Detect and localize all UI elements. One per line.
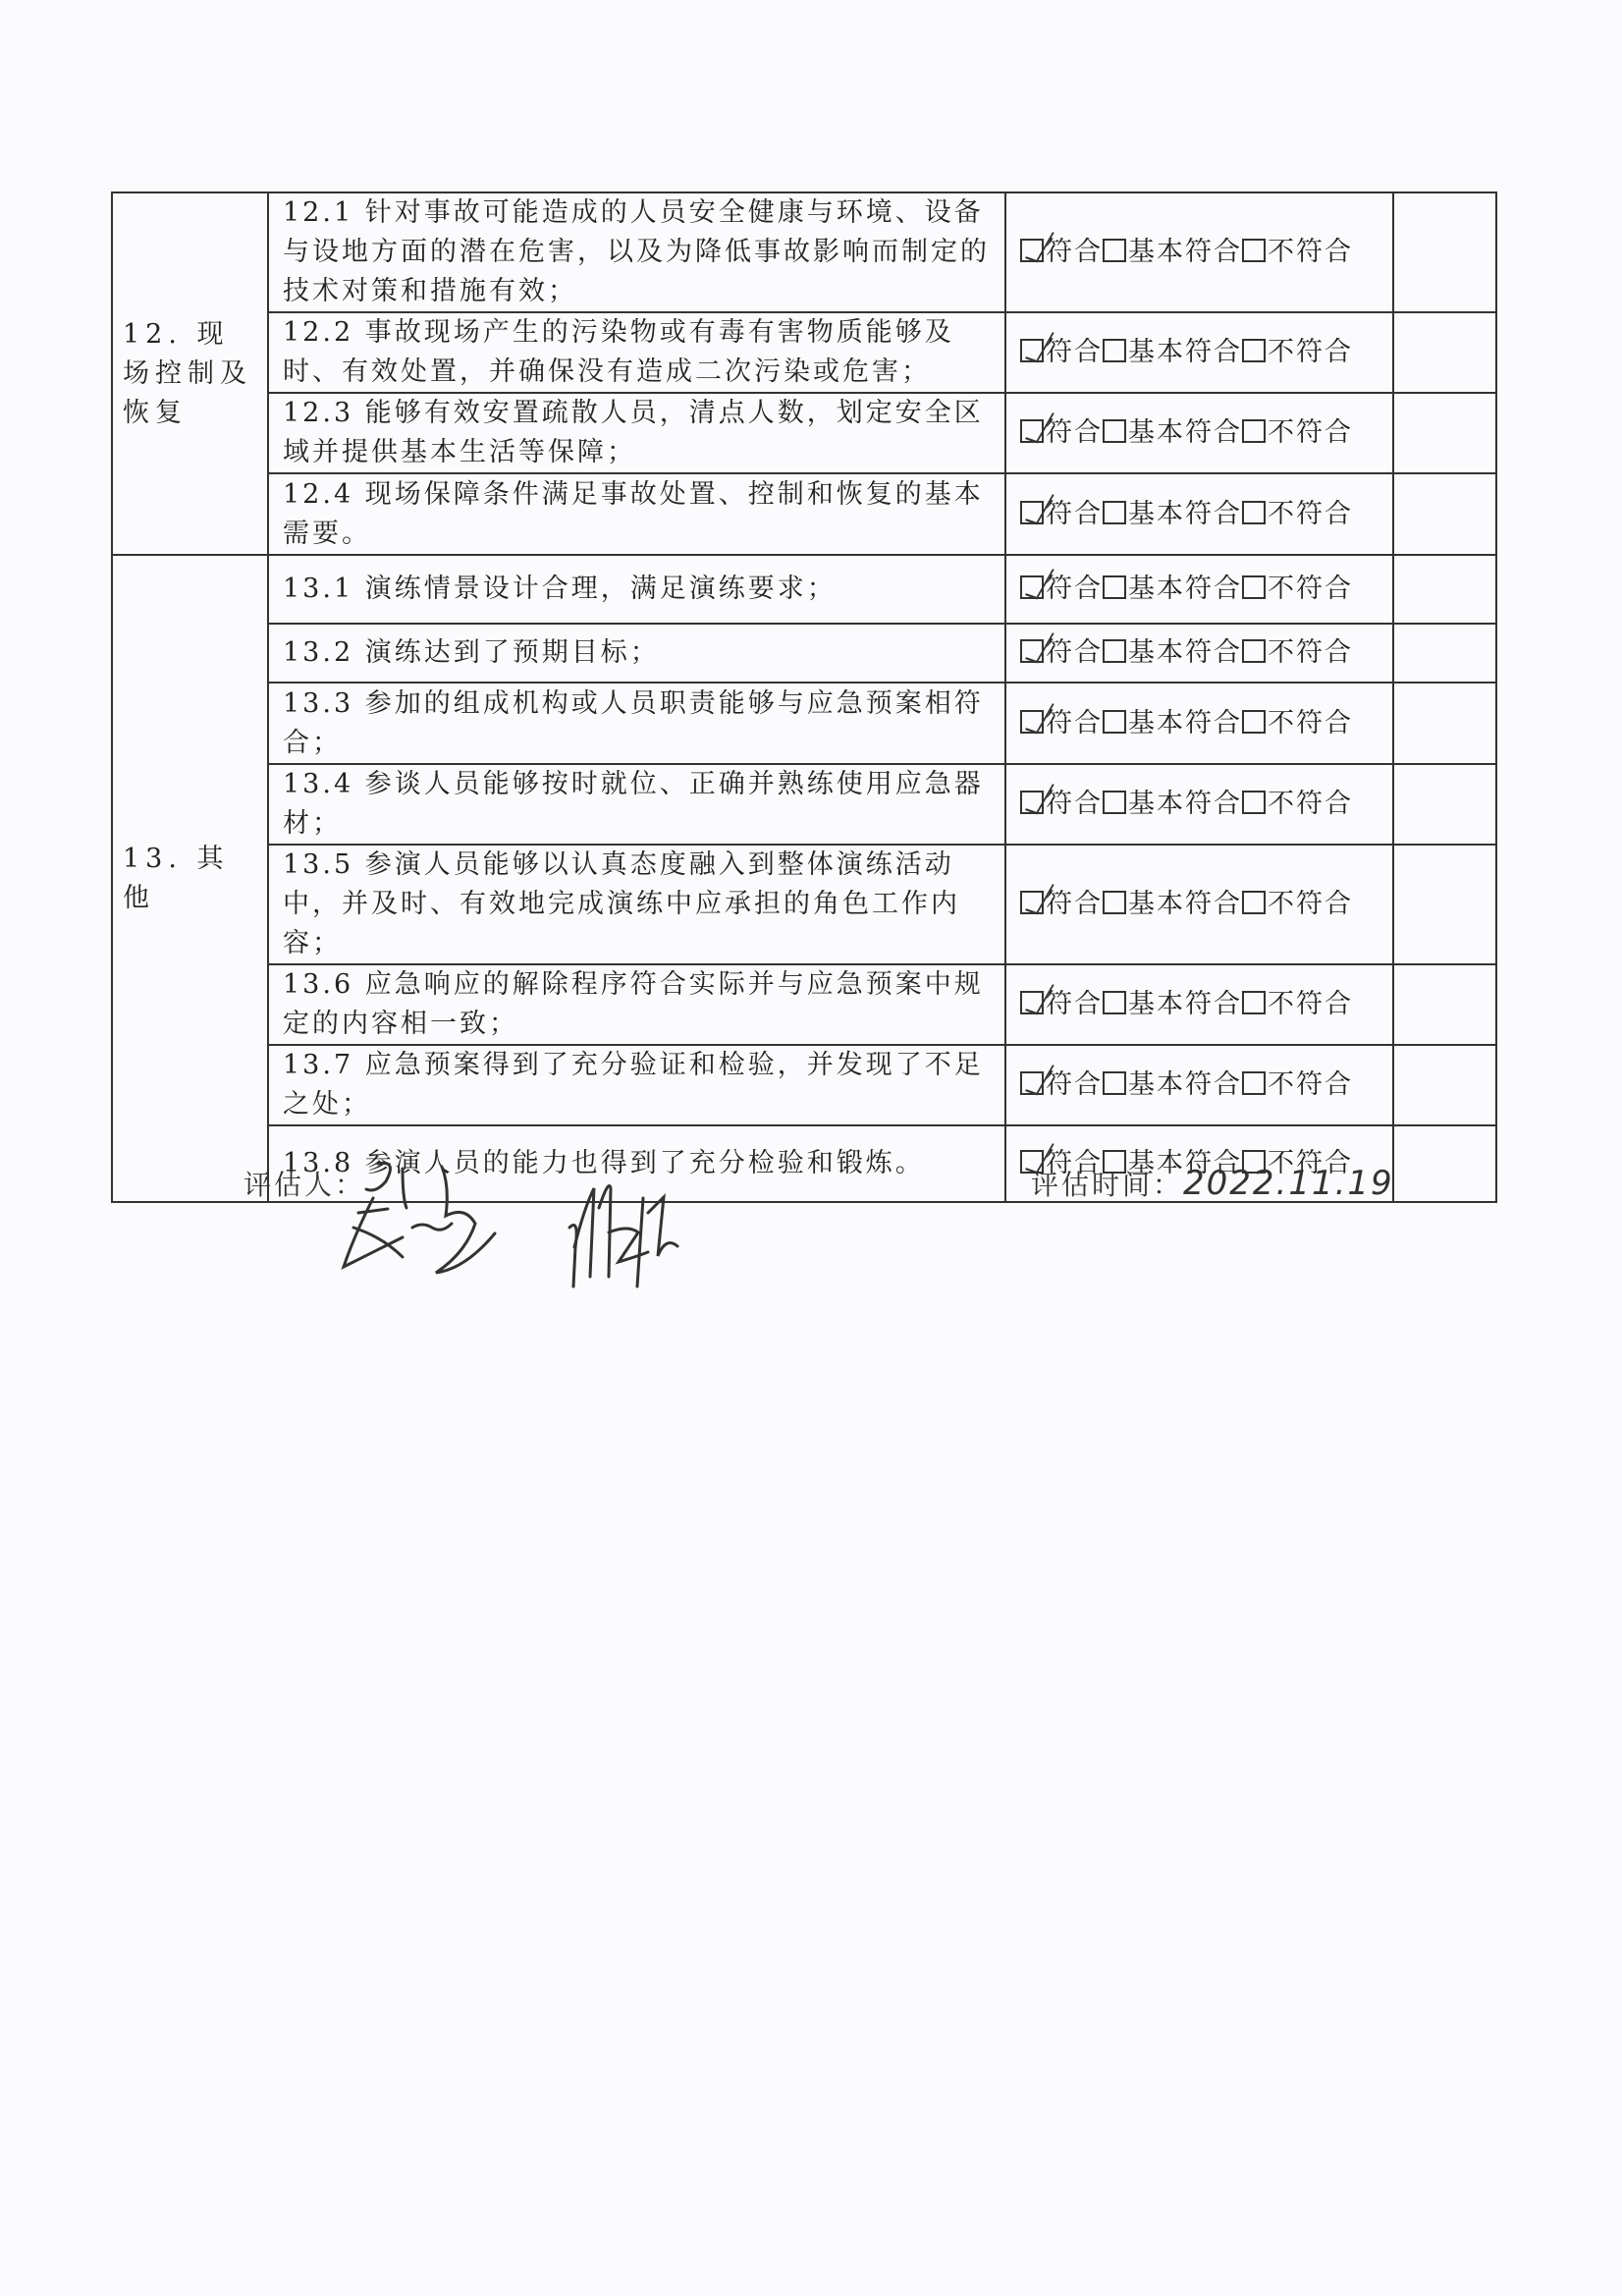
checkbox-not-conform[interactable] — [1242, 791, 1266, 814]
table-row: 13.6 应急响应的解除程序符合实际并与应急预案中规定的内容相一致；符合基本符合… — [112, 964, 1496, 1045]
option-label-conform: 符合 — [1046, 417, 1103, 448]
option-label-conform: 符合 — [1046, 499, 1103, 529]
checkbox-conform[interactable] — [1020, 791, 1044, 814]
result-options: 符合基本符合不符合 — [1005, 393, 1393, 473]
checkbox-basically-conform[interactable] — [1103, 710, 1126, 734]
option-label-conform: 符合 — [1046, 237, 1103, 267]
checkbox-not-conform[interactable] — [1242, 501, 1266, 524]
note-cell[interactable] — [1393, 964, 1496, 1045]
category-cell: 13. 其他 — [112, 555, 268, 1202]
criterion-text: 12.1 针对事故可能造成的人员安全健康与环境、设备与设地方面的潜在危害，以及为… — [268, 192, 1005, 312]
criterion-text: 13.5 参演人员能够以认真态度融入到整体演练活动中，并及时、有效地完成演练中应… — [268, 845, 1005, 964]
checkbox-basically-conform[interactable] — [1103, 791, 1126, 814]
option-label-not-conform: 不符合 — [1268, 337, 1353, 367]
result-options: 符合基本符合不符合 — [1005, 683, 1393, 764]
date-value: 2022.11.19 — [1183, 1164, 1394, 1203]
option-label-conform: 符合 — [1046, 637, 1103, 668]
result-options: 符合基本符合不符合 — [1005, 473, 1393, 555]
checkbox-basically-conform[interactable] — [1103, 339, 1126, 362]
note-cell[interactable] — [1393, 393, 1496, 473]
evaluation-date-row: 评估时间：2022.11.19 — [1031, 1164, 1394, 1203]
option-label-not-conform: 不符合 — [1268, 708, 1353, 738]
option-label-not-conform: 不符合 — [1268, 499, 1353, 529]
criterion-text: 12.4 现场保障条件满足事故处置、控制和恢复的基本需要。 — [268, 473, 1005, 555]
table-row: 13.4 参谈人员能够按时就位、正确并熟练使用应急器材；符合基本符合不符合 — [112, 764, 1496, 845]
note-cell[interactable] — [1393, 473, 1496, 555]
table-row: 13.3 参加的组成机构或人员职责能够与应急预案相符合；符合基本符合不符合 — [112, 683, 1496, 764]
criterion-text: 13.6 应急响应的解除程序符合实际并与应急预案中规定的内容相一致； — [268, 964, 1005, 1045]
option-label-conform: 符合 — [1046, 337, 1103, 367]
checkbox-not-conform[interactable] — [1242, 419, 1266, 443]
checkbox-conform[interactable] — [1020, 639, 1044, 663]
checkbox-conform[interactable] — [1020, 710, 1044, 734]
category-cell: 12. 现场控制及恢复 — [112, 192, 268, 555]
result-options: 符合基本符合不符合 — [1005, 964, 1393, 1045]
evaluation-table: 12. 现场控制及恢复12.1 针对事故可能造成的人员安全健康与环境、设备与设地… — [111, 191, 1497, 1203]
note-cell[interactable] — [1393, 1045, 1496, 1125]
checkbox-basically-conform[interactable] — [1103, 419, 1126, 443]
checkbox-basically-conform[interactable] — [1103, 501, 1126, 524]
checkbox-conform[interactable] — [1020, 239, 1044, 262]
option-label-basically-conform: 基本符合 — [1128, 889, 1242, 919]
note-cell[interactable] — [1393, 624, 1496, 683]
option-label-not-conform: 不符合 — [1268, 789, 1353, 819]
checkbox-conform[interactable] — [1020, 501, 1044, 524]
checkbox-conform[interactable] — [1020, 419, 1044, 443]
option-label-conform: 符合 — [1046, 789, 1103, 819]
option-label-not-conform: 不符合 — [1268, 417, 1353, 448]
checkbox-basically-conform[interactable] — [1103, 639, 1126, 663]
result-options: 符合基本符合不符合 — [1005, 312, 1393, 393]
option-label-basically-conform: 基本符合 — [1128, 574, 1242, 604]
option-label-basically-conform: 基本符合 — [1128, 337, 1242, 367]
note-cell[interactable] — [1393, 555, 1496, 624]
option-label-conform: 符合 — [1046, 574, 1103, 604]
checkbox-conform[interactable] — [1020, 339, 1044, 362]
checkbox-basically-conform[interactable] — [1103, 991, 1126, 1014]
criterion-text: 13.3 参加的组成机构或人员职责能够与应急预案相符合； — [268, 683, 1005, 764]
option-label-basically-conform: 基本符合 — [1128, 417, 1242, 448]
option-label-conform: 符合 — [1046, 889, 1103, 919]
checkbox-not-conform[interactable] — [1242, 339, 1266, 362]
checkbox-conform[interactable] — [1020, 1071, 1044, 1095]
checkbox-conform[interactable] — [1020, 891, 1044, 914]
note-cell[interactable] — [1393, 192, 1496, 312]
option-label-not-conform: 不符合 — [1268, 637, 1353, 668]
checkbox-not-conform[interactable] — [1242, 710, 1266, 734]
checkbox-not-conform[interactable] — [1242, 1071, 1266, 1095]
result-options: 符合基本符合不符合 — [1005, 764, 1393, 845]
checkbox-basically-conform[interactable] — [1103, 1071, 1126, 1095]
option-label-not-conform: 不符合 — [1268, 889, 1353, 919]
checkbox-not-conform[interactable] — [1242, 239, 1266, 262]
table-row: 13.5 参演人员能够以认真态度融入到整体演练活动中，并及时、有效地完成演练中应… — [112, 845, 1496, 964]
checkbox-not-conform[interactable] — [1242, 991, 1266, 1014]
option-label-basically-conform: 基本符合 — [1128, 237, 1242, 267]
option-label-conform: 符合 — [1046, 708, 1103, 738]
checkbox-conform[interactable] — [1020, 575, 1044, 599]
criterion-text: 13.7 应急预案得到了充分验证和检验，并发现了不足之处； — [268, 1045, 1005, 1125]
criterion-text: 12.3 能够有效安置疏散人员，清点人数，划定安全区域并提供基本生活等保障； — [268, 393, 1005, 473]
table-row: 12.4 现场保障条件满足事故处置、控制和恢复的基本需要。符合基本符合不符合 — [112, 473, 1496, 555]
note-cell[interactable] — [1393, 764, 1496, 845]
option-label-conform: 符合 — [1046, 989, 1103, 1019]
table-row: 13.2 演练达到了预期目标；符合基本符合不符合 — [112, 624, 1496, 683]
option-label-not-conform: 不符合 — [1268, 237, 1353, 267]
checkbox-basically-conform[interactable] — [1103, 239, 1126, 262]
checkbox-not-conform[interactable] — [1242, 639, 1266, 663]
checkbox-basically-conform[interactable] — [1103, 575, 1126, 599]
result-options: 符合基本符合不符合 — [1005, 1045, 1393, 1125]
result-options: 符合基本符合不符合 — [1005, 192, 1393, 312]
result-options: 符合基本符合不符合 — [1005, 845, 1393, 964]
option-label-basically-conform: 基本符合 — [1128, 789, 1242, 819]
option-label-basically-conform: 基本符合 — [1128, 989, 1242, 1019]
table-row: 12. 现场控制及恢复12.1 针对事故可能造成的人员安全健康与环境、设备与设地… — [112, 192, 1496, 312]
checkbox-conform[interactable] — [1020, 991, 1044, 1014]
checkbox-not-conform[interactable] — [1242, 575, 1266, 599]
note-cell[interactable] — [1393, 683, 1496, 764]
table-row: 12.3 能够有效安置疏散人员，清点人数，划定安全区域并提供基本生活等保障；符合… — [112, 393, 1496, 473]
checkbox-not-conform[interactable] — [1242, 891, 1266, 914]
option-label-conform: 符合 — [1046, 1069, 1103, 1100]
note-cell[interactable] — [1393, 312, 1496, 393]
option-label-basically-conform: 基本符合 — [1128, 1069, 1242, 1100]
option-label-basically-conform: 基本符合 — [1128, 499, 1242, 529]
table-row: 13. 其他13.1 演练情景设计合理，满足演练要求；符合基本符合不符合 — [112, 555, 1496, 624]
date-label: 评估时间： — [1031, 1169, 1183, 1201]
table-row: 13.7 应急预案得到了充分验证和检验，并发现了不足之处；符合基本符合不符合 — [112, 1045, 1496, 1125]
note-cell[interactable] — [1393, 845, 1496, 964]
note-cell[interactable] — [1393, 1125, 1496, 1202]
option-label-not-conform: 不符合 — [1268, 989, 1353, 1019]
criterion-text: 13.1 演练情景设计合理，满足演练要求； — [268, 555, 1005, 624]
criterion-text: 13.4 参谈人员能够按时就位、正确并熟练使用应急器材； — [268, 764, 1005, 845]
option-label-basically-conform: 基本符合 — [1128, 637, 1242, 668]
checkbox-basically-conform[interactable] — [1103, 891, 1126, 914]
option-label-not-conform: 不符合 — [1268, 574, 1353, 604]
criterion-text: 13.2 演练达到了预期目标； — [268, 624, 1005, 683]
table-row: 12.2 事故现场产生的污染物或有毒有害物质能够及时、有效处置，并确保没有造成二… — [112, 312, 1496, 393]
evaluator-signature-2 — [550, 1174, 776, 1291]
criterion-text: 12.2 事故现场产生的污染物或有毒有害物质能够及时、有效处置，并确保没有造成二… — [268, 312, 1005, 393]
result-options: 符合基本符合不符合 — [1005, 555, 1393, 624]
option-label-basically-conform: 基本符合 — [1128, 708, 1242, 738]
result-options: 符合基本符合不符合 — [1005, 624, 1393, 683]
option-label-not-conform: 不符合 — [1268, 1069, 1353, 1100]
